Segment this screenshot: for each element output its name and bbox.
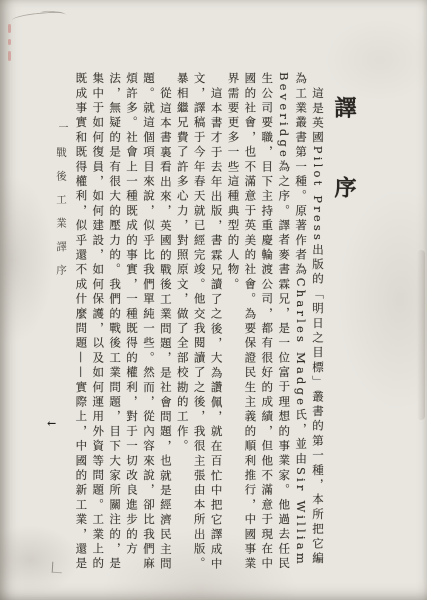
margin-label: 一 戰後工業譯序 <box>57 122 71 288</box>
scanned-book-page: 譯 序 這是英國Pilot Press出版的「明日之目標」叢書的第一種，本所把它… <box>0 0 427 600</box>
scan-smudge <box>417 250 425 420</box>
paragraph: 這是英國Pilot Press出版的「明日之目標」叢書的第一種，本所把它編為工業… <box>225 72 326 578</box>
body-text: 這是英國Pilot Press出版的「明日之目標」叢書的第一種，本所把它編為工業… <box>72 72 326 578</box>
running-title: 戰後工業譯序 <box>54 147 69 288</box>
page-title: 譯 序 <box>329 96 360 216</box>
paragraph: 這本書才于去年出版，書霖兄讀了之後，大為讚佩，就在百忙中把它譯成中文，譯稿于今年… <box>174 72 225 578</box>
corner-mark <box>52 562 63 574</box>
paragraph: 從這本書裏看出來，英國的戰後工業問題，是社會問題，也就是經濟民主問題。就這個項目… <box>72 72 174 578</box>
arrow-mark: ← <box>47 417 56 430</box>
red-stamp-marks <box>8 24 12 64</box>
page-number: 一 <box>54 122 69 132</box>
